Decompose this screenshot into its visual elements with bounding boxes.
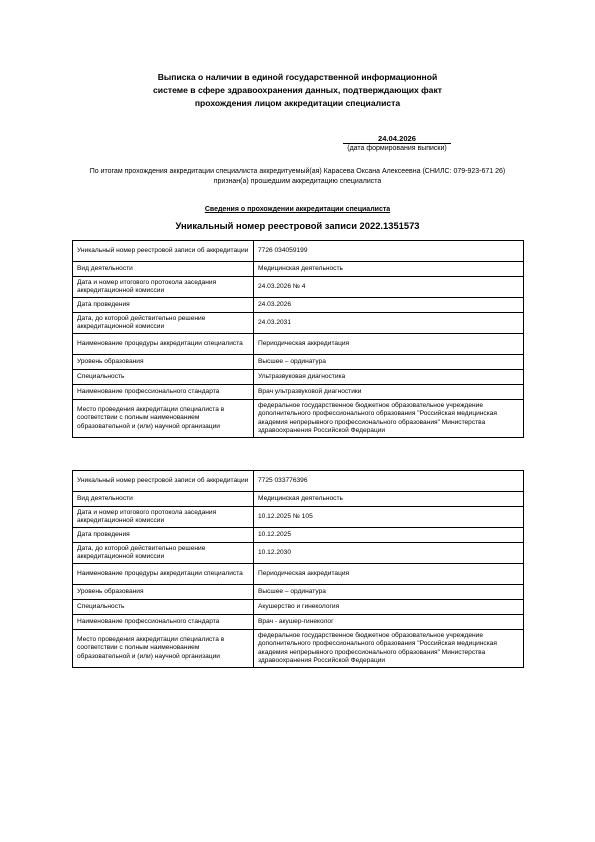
- row-label: Дата и номер итогового протокола заседан…: [73, 277, 254, 298]
- row-value: Периодическая аккредитация: [254, 564, 524, 585]
- row-label: Наименование профессионального стандарта: [73, 615, 254, 630]
- row-label: Дата проведения: [73, 528, 254, 543]
- row-label: Наименование процедуры аккредитации спец…: [73, 334, 254, 355]
- table-row: Уровень образованияВысшее – ординатура: [73, 585, 524, 600]
- registry-number-heading: Уникальный номер реестровой записи 2022.…: [0, 220, 595, 232]
- table-row: Вид деятельностиМедицинская деятельность: [73, 492, 524, 507]
- row-label: Место проведения аккредитации специалист…: [73, 400, 254, 438]
- row-value: Высшее – ординатура: [254, 355, 524, 370]
- table-row: Дата проведения24.03.2026: [73, 298, 524, 313]
- document-title: Выписка о наличии в единой государственн…: [0, 71, 595, 110]
- formation-date-block: 24.04.2026 (дата формирования выписки): [343, 134, 451, 154]
- title-line: системе в сфере здравоохранения данных, …: [0, 84, 595, 97]
- section-heading: Сведения о прохождении аккредитации спец…: [0, 205, 595, 214]
- table-row: СпециальностьУльтразвуковая диагностика: [73, 370, 524, 385]
- table-row: Дата и номер итогового протокола заседан…: [73, 277, 524, 298]
- table-row: Вид деятельностиМедицинская деятельность: [73, 262, 524, 277]
- row-value: Врач - акушер-гинеколог: [254, 615, 524, 630]
- row-label: Уникальный номер реестровой записи об ак…: [73, 471, 254, 492]
- table-row: Дата и номер итогового протокола заседан…: [73, 507, 524, 528]
- row-label: Наименование процедуры аккредитации спец…: [73, 564, 254, 585]
- row-value: Ультразвуковая диагностика: [254, 370, 524, 385]
- row-label: Вид деятельности: [73, 262, 254, 277]
- table-row: Наименование процедуры аккредитации спец…: [73, 334, 524, 355]
- table-row: Место проведения аккредитации специалист…: [73, 400, 524, 438]
- row-label: Уровень образования: [73, 355, 254, 370]
- intro-statement: По итогам прохождения аккредитации специ…: [60, 167, 535, 186]
- table-row: Наименование профессионального стандарта…: [73, 385, 524, 400]
- row-label: Специальность: [73, 370, 254, 385]
- row-label: Дата, до которой действительно решение а…: [73, 313, 254, 334]
- intro-line: признан(а) прошедшим аккредитацию специа…: [60, 177, 535, 187]
- table-row: Место проведения аккредитации специалист…: [73, 630, 524, 668]
- table-row: Дата, до которой действительно решение а…: [73, 543, 524, 564]
- row-value: Врач ультразвуковой диагностики: [254, 385, 524, 400]
- formation-date-caption: (дата формирования выписки): [343, 144, 451, 154]
- accreditation-record-table: Уникальный номер реестровой записи об ак…: [72, 240, 524, 438]
- row-value: Высшее – ординатура: [254, 585, 524, 600]
- accreditation-record-table: Уникальный номер реестровой записи об ак…: [72, 470, 524, 668]
- row-value: Медицинская деятельность: [254, 492, 524, 507]
- table-row: Наименование процедуры аккредитации спец…: [73, 564, 524, 585]
- row-label: Вид деятельности: [73, 492, 254, 507]
- row-label: Уровень образования: [73, 585, 254, 600]
- table-row: Уровень образованияВысшее – ординатура: [73, 355, 524, 370]
- row-value: 24.03.2026: [254, 298, 524, 313]
- table-row: Дата проведения10.12.2025: [73, 528, 524, 543]
- row-label: Специальность: [73, 600, 254, 615]
- table-row: Дата, до которой действительно решение а…: [73, 313, 524, 334]
- row-label: Уникальный номер реестровой записи об ак…: [73, 241, 254, 262]
- row-value: Периодическая аккредитация: [254, 334, 524, 355]
- row-label: Дата и номер итогового протокола заседан…: [73, 507, 254, 528]
- formation-date: 24.04.2026: [343, 134, 451, 144]
- row-value: 7726 034059199: [254, 241, 524, 262]
- row-value: Медицинская деятельность: [254, 262, 524, 277]
- row-label: Дата проведения: [73, 298, 254, 313]
- row-label: Место проведения аккредитации специалист…: [73, 630, 254, 668]
- row-value: 10.12.2030: [254, 543, 524, 564]
- row-value: 24.03.2031: [254, 313, 524, 334]
- row-label: Дата, до которой действительно решение а…: [73, 543, 254, 564]
- row-value: 24.03.2026 № 4: [254, 277, 524, 298]
- table-row: СпециальностьАкушерство и гинекология: [73, 600, 524, 615]
- intro-line: По итогам прохождения аккредитации специ…: [60, 167, 535, 177]
- table-row: Уникальный номер реестровой записи об ак…: [73, 241, 524, 262]
- row-value: 7725 033776396: [254, 471, 524, 492]
- row-value: федеральное государственное бюджетное об…: [254, 630, 524, 668]
- title-line: Выписка о наличии в единой государственн…: [0, 71, 595, 84]
- title-line: прохождения лицом аккредитации специалис…: [0, 97, 595, 110]
- table-row: Уникальный номер реестровой записи об ак…: [73, 471, 524, 492]
- row-value: 10.12.2025: [254, 528, 524, 543]
- row-value: Акушерство и гинекология: [254, 600, 524, 615]
- table-row: Наименование профессионального стандарта…: [73, 615, 524, 630]
- row-value: федеральное государственное бюджетное об…: [254, 400, 524, 438]
- row-label: Наименование профессионального стандарта: [73, 385, 254, 400]
- row-value: 10.12.2025 № 105: [254, 507, 524, 528]
